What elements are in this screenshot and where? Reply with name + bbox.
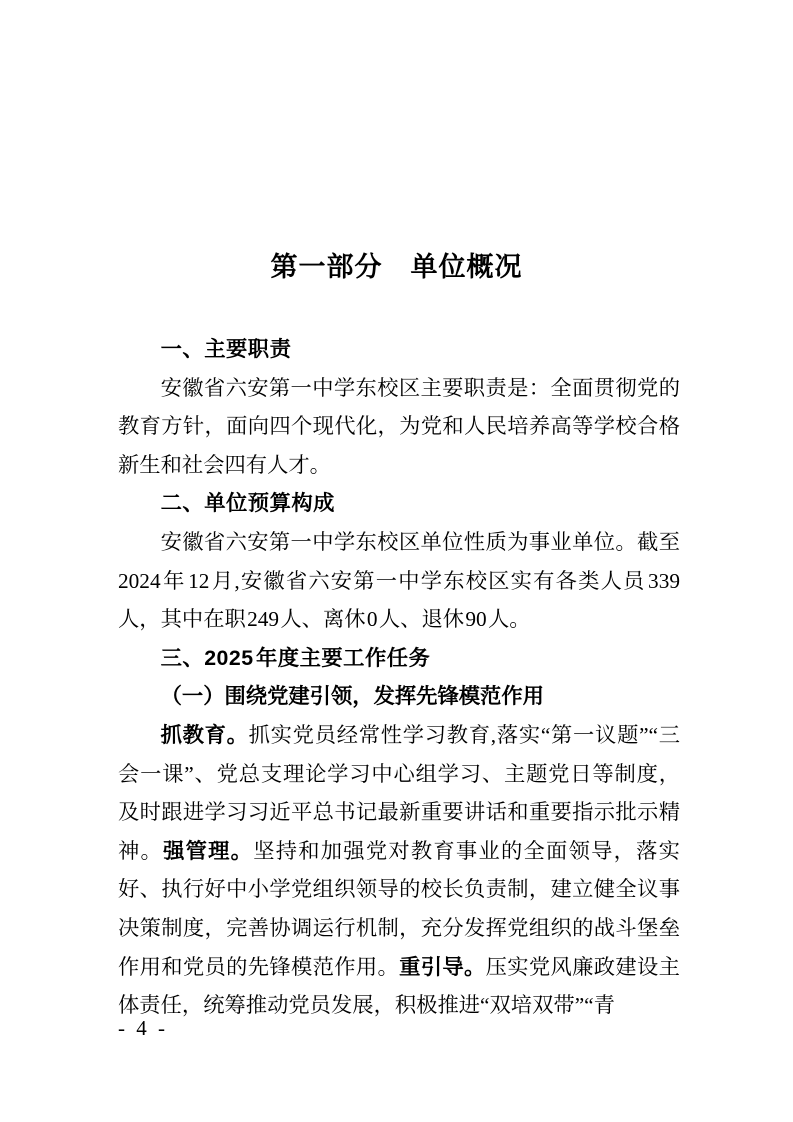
subsection-heading-party-building: （一）围绕党建引领，发挥先锋模范作用 [118,677,680,716]
paragraph-party-building: 抓教育。抓实党员经常性学习教育,落实“第一议题”“三会一课”、党总支理论学习中心… [118,716,680,1025]
section-heading-main-duties: 一、主要职责 [118,330,680,369]
section-heading-budget-composition: 二、单位预算构成 [118,484,680,523]
document-page: 第一部分 单位概况 一、主要职责 安徽省六安第一中学东校区主要职责是：全面贯彻党… [0,0,793,1122]
section-heading-2025-tasks: 三、2025 年度主要工作任务 [118,639,680,678]
document-title: 第一部分 单位概况 [0,0,793,284]
paragraph-run-emphasize-guidance: 重引导。 [399,955,486,979]
paragraph-budget-composition: 安徽省六安第一中学东校区单位性质为事业单位。截至 2024 年 12 月,安徽省… [118,523,680,639]
document-body: 一、主要职责 安徽省六安第一中学东校区主要职责是：全面贯彻党的教育方针，面向四个… [118,330,680,1025]
paragraph-run-strengthen-management: 强管理。 [163,839,253,863]
paragraph-main-duties: 安徽省六安第一中学东校区主要职责是：全面贯彻党的教育方针，面向四个现代化，为党和… [118,369,680,485]
paragraph-run-grab-education: 抓教育。 [161,723,249,747]
page-number: - 4 - [118,1016,168,1041]
